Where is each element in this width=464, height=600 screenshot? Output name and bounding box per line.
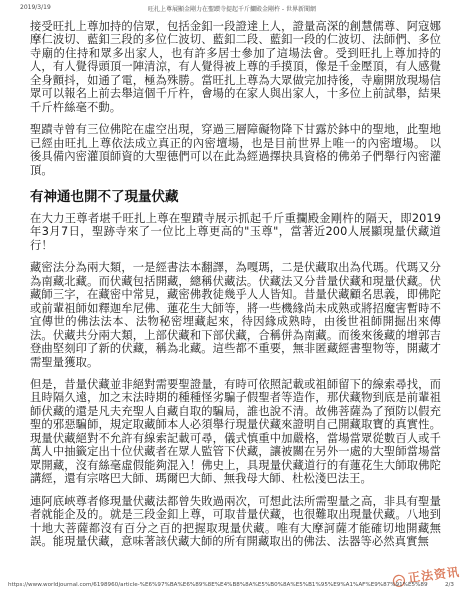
paragraph-1: 接受旺扎上尊加持的信眾，包括金釦一段證達上人，證量高深的創慧儒尊、阿寇娜摩仁波切…: [30, 20, 441, 114]
paragraph-5: 但是，昔量伏藏並非絕對需要聖證量，有時可依照記載或祖師留下的線索尋找，而且時隔久…: [30, 378, 441, 486]
document-title: 旺扎上尊展顯金剛力在聖蹟寺提起千斤攔殿金剛杵 - 世界新聞網: [60, 4, 404, 13]
print-footer: https://www.worldjournal.com/6198960/art…: [0, 582, 464, 592]
source-url: https://www.worldjournal.com/6198960/art…: [8, 582, 428, 588]
section-heading: 有神通也開不了現量伏藏: [30, 189, 441, 205]
print-date: 2019/3/19: [20, 4, 51, 11]
print-header: 2019/3/19 旺扎上尊展顯金剛力在聖蹟寺提起千斤攔殿金剛杵 - 世界新聞網: [0, 4, 464, 16]
paragraph-3: 在大力王尊者堪千旺扎上尊在聖蹟寺展示抓起千斤重攔殿金剛杵的隔天，即2019年3月…: [30, 212, 441, 252]
page-number: 2/3: [445, 582, 454, 588]
paragraph-6: 連阿底峽尊者修現量伏藏法都曾失敗過兩次，可想此法所需聖量之高，非具有聖量者就能企…: [30, 495, 441, 549]
printed-article-page: 2019/3/19 旺扎上尊展顯金剛力在聖蹟寺提起千斤攔殿金剛杵 - 世界新聞網…: [0, 0, 464, 600]
article-body: 接受旺扎上尊加持的信眾，包括金釦一段證達上人，證量高深的創慧儒尊、阿寇娜摩仁波切…: [30, 20, 441, 557]
paragraph-4: 藏密法分為兩大類，一是經書法本翻譯，為嘎瑪，二是伏藏取出為代瑪。代瑪又分為南藏北…: [30, 261, 441, 369]
paragraph-2: 聖蹟寺曾有三位佛陀在虛空出現，穿過三層障礙物降下甘露於鉢中的聖地，此聖地已經由旺…: [30, 123, 441, 177]
